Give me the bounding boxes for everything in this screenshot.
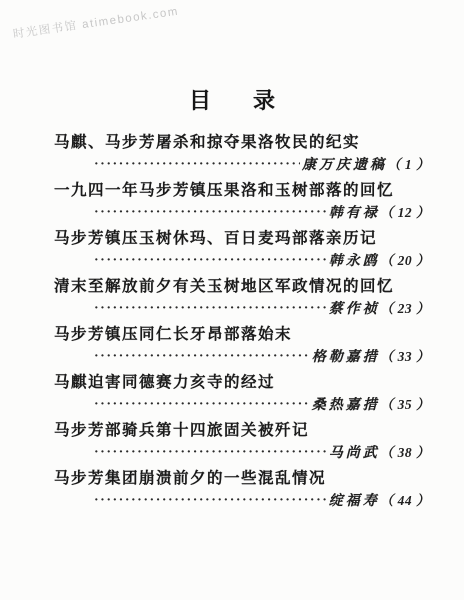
- toc-entry-author: 韩永鸥: [327, 252, 380, 271]
- dot-leader: ········································…: [94, 299, 327, 318]
- toc-entry-author: 马尚武: [327, 444, 380, 463]
- toc-entry: 马麒、马步芳屠杀和掠夺果洛牧民的纪实 ·····················…: [54, 133, 430, 175]
- toc-entry-leader: ········································…: [94, 299, 430, 319]
- toc-entry-page: （ 20 ）: [380, 251, 430, 270]
- toc-entry-title: 马麒、马步芳屠杀和掠夺果洛牧民的纪实: [54, 133, 430, 152]
- toc-entry-author: 格勒嘉措: [310, 348, 380, 367]
- toc-entry-page: （ 12 ）: [380, 203, 430, 222]
- dot-leader: ········································…: [94, 491, 327, 510]
- toc-entry-title: 马麒迫害同德赛力亥寺的经过: [54, 373, 430, 392]
- toc-entry-leader: ········································…: [94, 395, 430, 415]
- toc-entry-author: 康万庆遗稿: [300, 156, 387, 175]
- scanned-toc-page: 时光图书馆 atimebook.com 目 录 马麒、马步芳屠杀和掠夺果洛牧民的…: [0, 0, 464, 600]
- toc-entry-title: 清末至解放前夕有关玉树地区军政情况的回忆: [54, 277, 430, 296]
- toc-entry: 一九四一年马步芳镇压果洛和玉树部落的回忆 ···················…: [54, 181, 430, 223]
- toc-list: 马麒、马步芳屠杀和掠夺果洛牧民的纪实 ·····················…: [0, 115, 464, 511]
- dot-leader: ········································…: [94, 203, 327, 222]
- toc-entry-page: （ 38 ）: [380, 443, 430, 462]
- toc-entry-page: （ 33 ）: [380, 347, 430, 366]
- toc-entry-leader: ········································…: [94, 203, 430, 223]
- toc-entry-author: 桑热嘉措: [310, 396, 380, 415]
- dot-leader: ········································…: [94, 443, 327, 462]
- toc-entry-author: 蔡作祯: [327, 300, 380, 319]
- toc-entry-author: 绽福寿: [327, 492, 380, 511]
- toc-entry-title: 马步芳镇压同仁长牙昂部落始末: [54, 325, 430, 344]
- toc-entry-leader: ········································…: [94, 491, 430, 511]
- toc-entry-leader: ········································…: [94, 155, 430, 175]
- toc-entry: 马步芳镇压玉树休玛、百日麦玛部落亲历记 ····················…: [54, 229, 430, 271]
- toc-entry-page: （ 35 ）: [380, 395, 430, 414]
- toc-entry-title: 马步芳镇压玉树休玛、百日麦玛部落亲历记: [54, 229, 430, 248]
- toc-entry-page: （ 44 ）: [380, 491, 430, 510]
- dot-leader: ········································…: [94, 155, 300, 174]
- toc-entry-leader: ········································…: [94, 251, 430, 271]
- dot-leader: ········································…: [94, 395, 310, 414]
- toc-entry: 马麒迫害同德赛力亥寺的经过 ··························…: [54, 373, 430, 415]
- dot-leader: ········································…: [94, 251, 327, 270]
- toc-entry: 马步芳集团崩溃前夕的一些混乱情况 ·······················…: [54, 469, 430, 511]
- toc-entry-leader: ········································…: [94, 347, 430, 367]
- toc-entry: 马步芳部骑兵第十四旅固关被歼记 ························…: [54, 421, 430, 463]
- toc-entry-leader: ········································…: [94, 443, 430, 463]
- toc-entry-title: 马步芳集团崩溃前夕的一些混乱情况: [54, 469, 430, 488]
- toc-entry-page: （ 1 ）: [387, 155, 430, 174]
- toc-entry-title: 马步芳部骑兵第十四旅固关被歼记: [54, 421, 430, 440]
- toc-entry-page: （ 23 ）: [380, 299, 430, 318]
- toc-entry: 马步芳镇压同仁长牙昂部落始末 ·························…: [54, 325, 430, 367]
- toc-entry: 清末至解放前夕有关玉树地区军政情况的回忆 ···················…: [54, 277, 430, 319]
- dot-leader: ········································…: [94, 347, 310, 366]
- toc-entry-title: 一九四一年马步芳镇压果洛和玉树部落的回忆: [54, 181, 430, 200]
- toc-entry-author: 韩有禄: [327, 204, 380, 223]
